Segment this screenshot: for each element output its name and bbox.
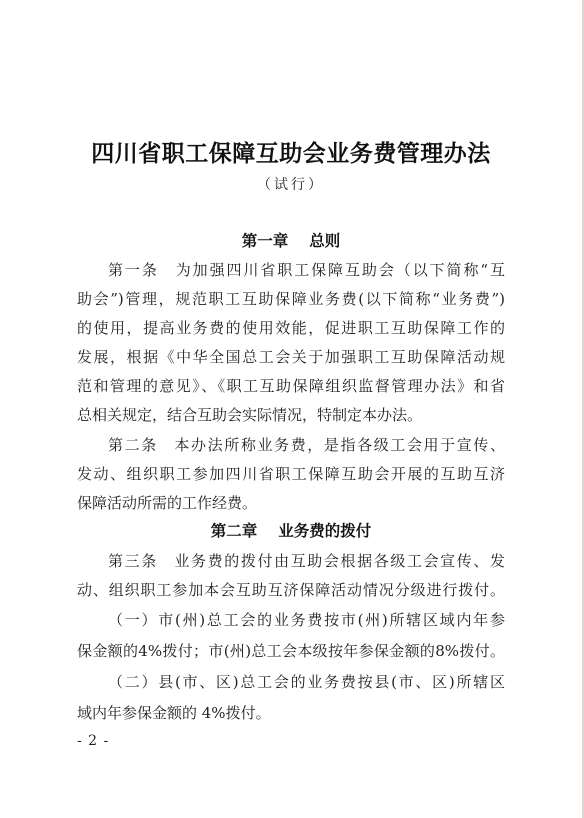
article-1-line-2: 助会”)管理，规范职工互助保障业务费(以下简称“业务费”)	[77, 289, 505, 309]
article-3-line-1: 第三条 业务费的拨付由互助会根据各级工会宣传、发	[108, 551, 505, 571]
item-1-line-2: 保金额的4%拨付；市(州)总工会本级按年参保金额的8%拨付。	[77, 641, 505, 661]
chapter-heading-2: 第二章 业务费的拨付	[0, 521, 582, 541]
article-1-line-4: 发展，根据《中华全国总工会关于加强职工互助保障活动规	[77, 347, 505, 367]
article-1-line-6: 总相关规定，结合互助会实际情况，特制定本办法。	[77, 405, 505, 425]
article-1-line-5: 范和管理的意见》、《职工互助保障组织监督管理办法》和省	[77, 376, 505, 396]
item-1-line-1: （一）市(州)总工会的业务费按市(州)所辖区域内年参	[108, 610, 505, 630]
document-page: 四川省职工保障互助会业务费管理办法 （试行） 第一章 总则 第一条 为加强四川省…	[0, 0, 582, 818]
item-2-line-2: 域内年参保金额的 4%拨付。	[77, 703, 505, 723]
chapter-heading-1: 第一章 总则	[0, 231, 582, 251]
article-2-line-1: 第二条 本办法所称业务费，是指各级工会用于宣传、	[108, 435, 505, 455]
article-1-line-1: 第一条 为加强四川省职工保障互助会（以下简称“互	[108, 260, 505, 280]
page-number: - 2 -	[77, 731, 109, 751]
document-title: 四川省职工保障互助会业务费管理办法	[0, 140, 582, 168]
article-2-line-3: 保障活动所需的工作经费。	[77, 493, 505, 513]
item-2-line-1: （二）县(市、区)总工会的业务费按县(市、区)所辖区	[108, 672, 505, 692]
article-3-line-2: 动、组织职工参加本会互助互济保障活动情况分级进行拨付。	[77, 580, 505, 600]
document-subtitle: （试行）	[0, 175, 582, 195]
article-1-line-3: 的使用，提高业务费的使用效能，促进职工互助保障工作的	[77, 318, 505, 338]
article-2-line-2: 发动、组织职工参加四川省职工保障互助会开展的互助互济	[77, 464, 505, 484]
